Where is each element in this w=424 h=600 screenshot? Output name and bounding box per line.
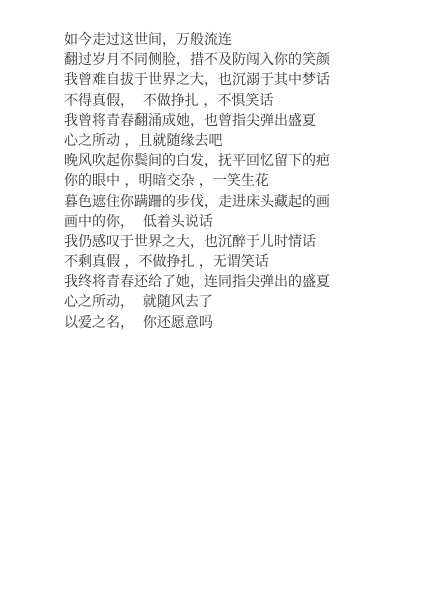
poem-line: 你的眼中 ，明暗交杂 ，一笑生花 bbox=[64, 171, 404, 191]
poem-line: 画中的你， 低着头说话 bbox=[64, 212, 404, 232]
poem-line: 晚风吹起你鬓间的白发，抚平回忆留下的疤 bbox=[64, 151, 404, 171]
poem-line: 不剩真假 ，不做挣扎 ，无谓笑话 bbox=[64, 252, 404, 272]
poem-line: 暮色遮住你蹒跚的步伐，走进床头藏起的画 bbox=[64, 192, 404, 212]
poem-line: 我终将青春还给了她，连同指尖弹出的盛夏 bbox=[64, 272, 404, 292]
poem-line: 我仍感叹于世界之大，也沉醉于儿时情话 bbox=[64, 232, 404, 252]
poem-text: 如今走过这世间，万般流连 翻过岁月不同侧脸，措不及防闯入你的笑颜 我曾难自拔于世… bbox=[64, 30, 404, 333]
poem-line: 心之所动， 就随风去了 bbox=[64, 292, 404, 312]
poem-line: 我曾难自拔于世界之大，也沉溺于其中梦话 bbox=[64, 70, 404, 90]
poem-line: 如今走过这世间，万般流连 bbox=[64, 30, 404, 50]
poem-line: 心之所动 ，且就随缘去吧 bbox=[64, 131, 404, 151]
poem-line: 我曾将青春翻涌成她，也曾指尖弹出盛夏 bbox=[64, 111, 404, 131]
poem-line: 翻过岁月不同侧脸，措不及防闯入你的笑颜 bbox=[64, 50, 404, 70]
poem-line: 不得真假， 不做挣扎 ，不惧笑话 bbox=[64, 91, 404, 111]
document-page: 如今走过这世间，万般流连 翻过岁月不同侧脸，措不及防闯入你的笑颜 我曾难自拔于世… bbox=[0, 0, 424, 600]
poem-line: 以爱之名， 你还愿意吗 bbox=[64, 313, 404, 333]
